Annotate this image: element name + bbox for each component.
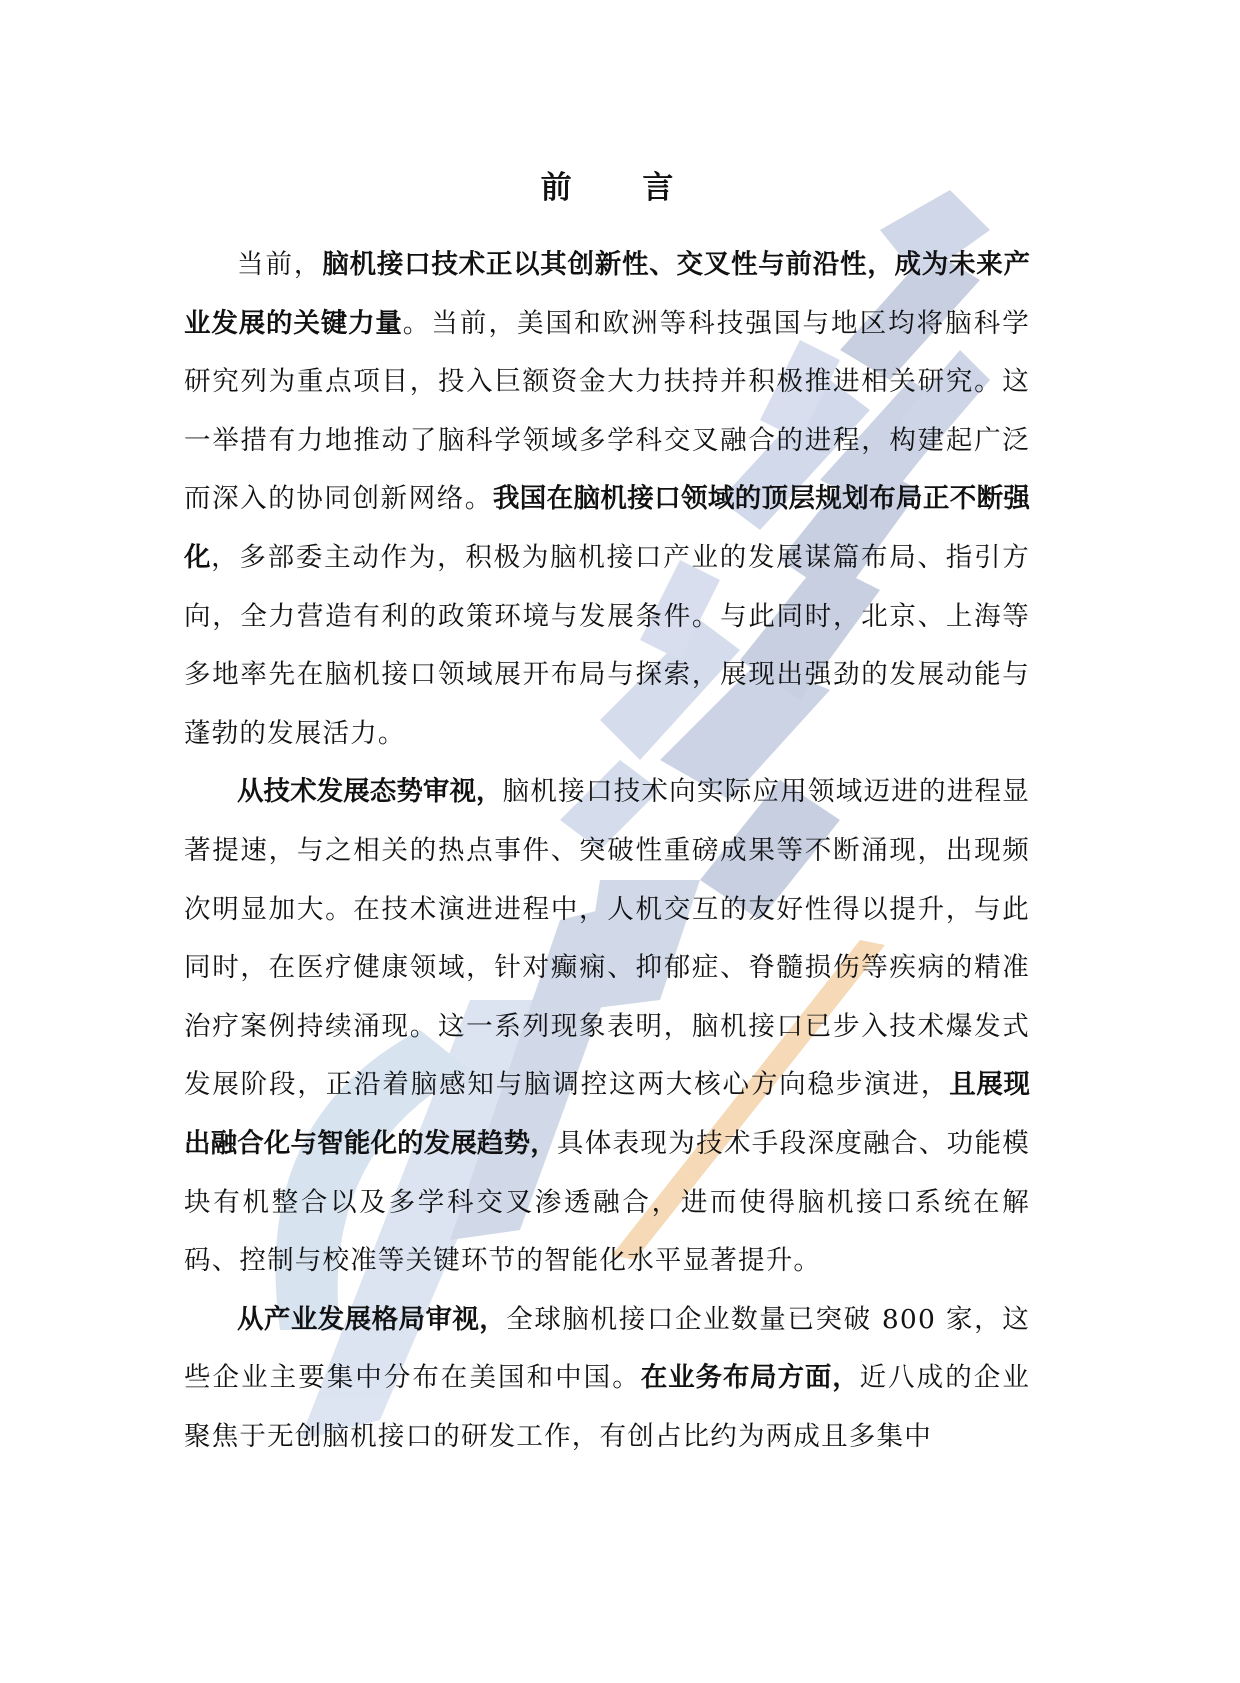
bold-text-segment: 从产业发展格局审视， (237, 1304, 506, 1335)
page-title: 前 言 (184, 168, 1030, 208)
text-segment: 当前， (237, 249, 322, 280)
text-segment: ，多部委主动作为，积极为脑机接口产业的发展谋篇布局、指引方向，全力营造有利的政策… (184, 542, 1030, 749)
text-segment: 脑机接口技术向实际应用领域迈进的进程显著提速，与之相关的热点事件、突破性重磅成果… (184, 776, 1030, 1100)
bold-text-segment: 从技术发展态势审视， (237, 776, 503, 807)
paragraph-3: 从产业发展格局审视，全球脑机接口企业数量已突破 800 家，这些企业主要集中分布… (184, 1291, 1030, 1467)
paragraph-1: 当前，脑机接口技术正以其创新性、交叉性与前沿性，成为未来产业发展的关键力量。当前… (184, 236, 1030, 763)
paragraph-2: 从技术发展态势审视，脑机接口技术向实际应用领域迈进的进程显著提速，与之相关的热点… (184, 763, 1030, 1290)
document-body: 当前，脑机接口技术正以其创新性、交叉性与前沿性，成为未来产业发展的关键力量。当前… (184, 236, 1030, 1466)
bold-text-segment: 在业务布局方面， (641, 1362, 860, 1393)
